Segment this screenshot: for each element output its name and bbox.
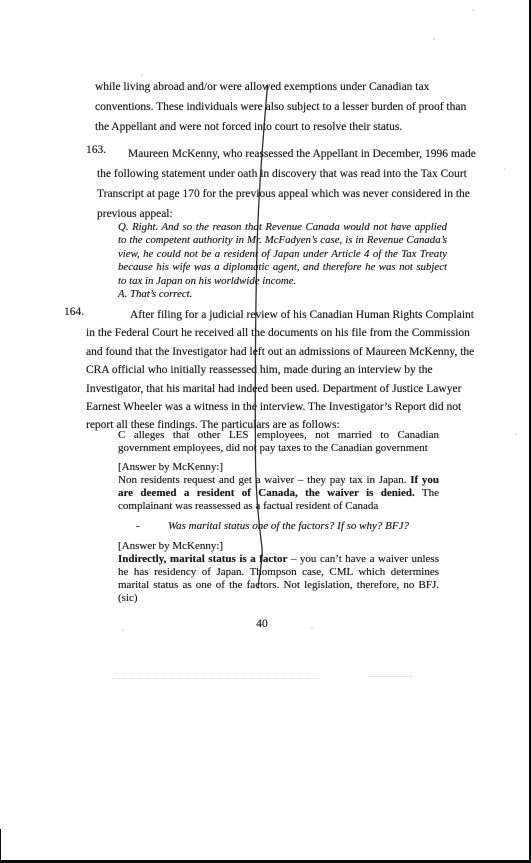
quote-question: Q. Right. And so the reason that Revenue… [118, 221, 447, 288]
allegation-paragraph: C alleges that other LES employees, not … [118, 429, 439, 455]
scan-speck [311, 627, 313, 629]
answer-2-label: [Answer by McKenny:] [118, 540, 439, 553]
intro-paragraph: while living abroad and/or were allowed … [95, 77, 477, 137]
answer-1-label: [Answer by McKenny:] [118, 461, 439, 474]
scan-edge-left [0, 829, 1, 863]
answer-2-bold-text: Indirectly, marital status is a factor [118, 553, 287, 565]
paragraph-164-body: After filing for a judicial review of hi… [86, 306, 478, 435]
answer-1-block: [Answer by McKenny:] Non residents reque… [118, 461, 439, 513]
scan-speck [458, 315, 460, 317]
transcript-quote-block: Q. Right. And so the reason that Revenue… [118, 221, 447, 301]
paragraph-163-body: Maureen McKenny, who reassessed the Appe… [97, 144, 481, 224]
faint-dotted-line-artifact [112, 678, 318, 679]
scan-speck [433, 38, 435, 40]
quote-answer: A. That’s correct. [118, 288, 447, 301]
investigation-extract-block: C alleges that other LES employees, not … [118, 429, 439, 605]
scan-speck [515, 433, 517, 435]
scan-speck [472, 9, 474, 11]
answer-2-block: [Answer by McKenny:] Indirectly, marital… [118, 540, 439, 605]
question-text: Was marital status one of the factors? I… [168, 520, 409, 532]
scan-speck [122, 629, 124, 631]
question-dash: - [136, 520, 140, 533]
answer-1-normal-text: Non residents request and get a waiver –… [118, 474, 410, 486]
answer-2-text: Indirectly, marital status is a factor –… [118, 553, 439, 605]
paragraph-number-164: 164. [64, 306, 84, 318]
scan-speck [141, 74, 143, 76]
faint-dotted-line-artifact [368, 676, 412, 677]
scanned-document-page: while living abroad and/or were allowed … [0, 0, 531, 863]
page-number: 40 [0, 618, 524, 630]
scan-speck [96, 182, 98, 184]
scan-speck [365, 103, 367, 105]
scan-speck [504, 168, 506, 170]
investigator-question-line: - Was marital status one of the factors?… [118, 520, 439, 533]
answer-1-text: Non residents request and get a waiver –… [118, 474, 439, 513]
